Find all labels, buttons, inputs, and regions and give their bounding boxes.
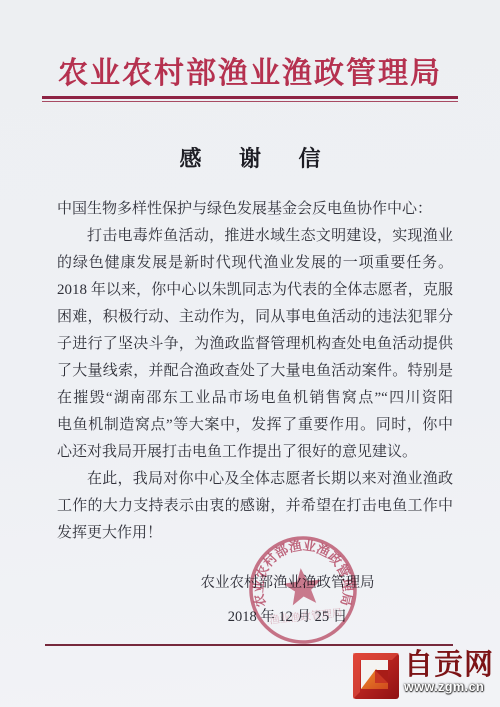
divider-thick-line: [42, 96, 458, 99]
zgw-logo-icon: [352, 652, 400, 700]
divider-thin-line: [42, 101, 458, 102]
body-line: 打击电毒炸鱼活动，推进水域生态文明建设，实现渔业: [57, 223, 453, 250]
official-seal-stamp: 农业农村部渔业渔政管理局 渔业渔政管理局: [232, 519, 375, 662]
body-line: 电鱼机制造窝点”等大案中，发挥了重要作用。同时，你中: [57, 412, 453, 439]
seal-inner-text: 渔业渔政管理局: [269, 606, 343, 627]
letterhead-org-name: 农业农村部渔业渔政管理局: [0, 48, 500, 92]
site-name: 自贡网: [404, 650, 494, 680]
site-watermark: 自贡网 www.zgm.cn: [352, 650, 497, 704]
letter-body: 中国生物多样性保护与绿色发展基金会反电鱼协作中心： 打击电毒炸鱼活动，推进水域生…: [57, 196, 453, 547]
salutation-line: 中国生物多样性保护与绿色发展基金会反电鱼协作中心：: [57, 196, 453, 223]
seal-star-icon: [282, 566, 324, 606]
body-line: 了大量线索，并配合渔政查处了大量电鱼活动案件。特别是: [57, 358, 453, 385]
letterhead-divider: [42, 96, 458, 102]
body-line: 心还对我局开展打击电鱼工作提出了很好的意见建议。: [57, 439, 453, 466]
body-line: 困难，积极行动、主动作为，同从事电鱼活动的违法犯罪分: [57, 304, 453, 331]
body-line: 子进行了坚决斗争，为渔政监督管理机构查处电鱼活动提供: [57, 331, 453, 358]
letter-title: 感 谢 信: [0, 142, 500, 173]
body-line: 的绿色健康发展是新时代现代渔业发展的一项重要任务。: [57, 250, 453, 277]
site-url: www.zgm.cn: [404, 680, 494, 694]
watermark-text-block: 自贡网 www.zgm.cn: [404, 650, 494, 694]
scanned-letter-page: 农业农村部渔业渔政管理局 感 谢 信 中国生物多样性保护与绿色发展基金会反电鱼协…: [0, 0, 500, 707]
body-line: 2018 年以来，你中心以朱凯同志为代表的全体志愿者，克服: [57, 277, 453, 304]
body-line: 工作的大力支持表示由衷的感谢，并希望在打击电鱼工作中: [57, 493, 453, 520]
body-line: 在摧毁“湖南邵东工业品市场电鱼机销售窝点”“四川资阳: [57, 385, 453, 412]
body-line: 在此，我局对你中心及全体志愿者长期以来对渔业渔政: [57, 466, 453, 493]
